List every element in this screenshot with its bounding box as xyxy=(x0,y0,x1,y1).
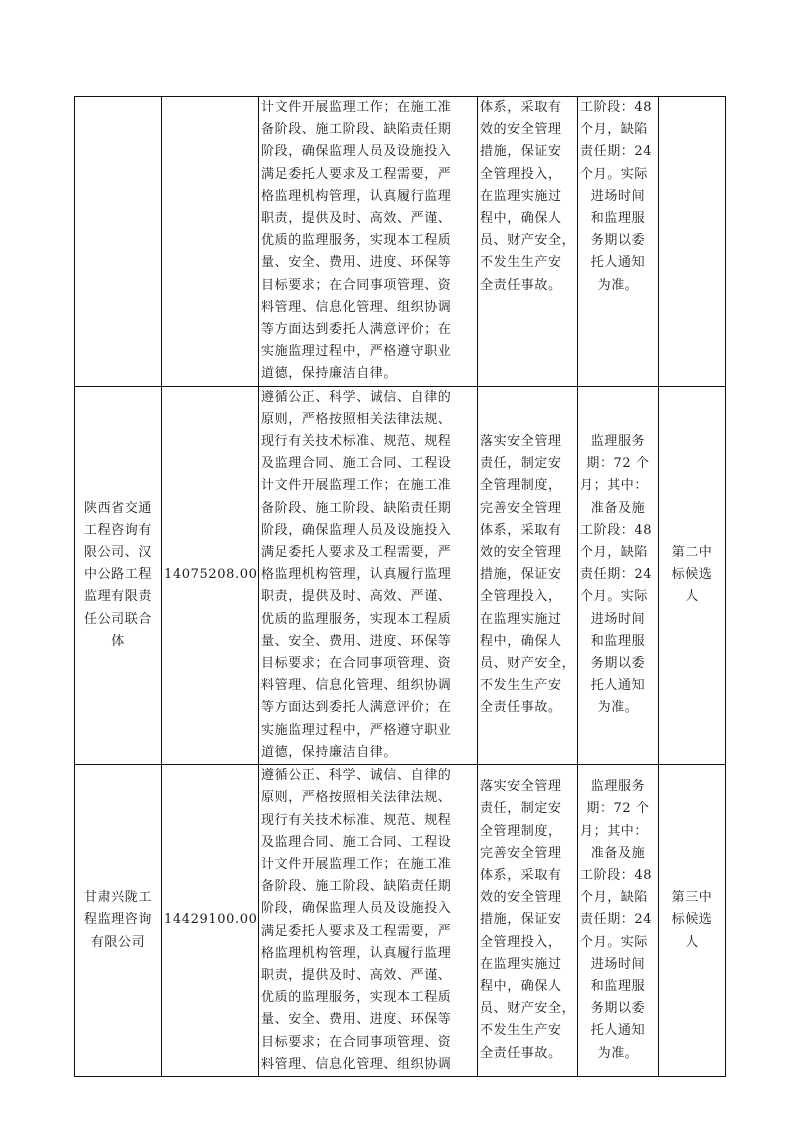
company-name-cell: 甘肃兴陇工 程监理咨询 有限公司 xyxy=(75,765,162,1077)
safety-commitment-cell: 落实安全管理 责任，制定安 全管理制度， 完善安全管理 体系，采取有 效的安全管… xyxy=(478,386,578,764)
text-line: 全管理制度， xyxy=(480,475,575,497)
text-line: 全管理制度， xyxy=(480,821,575,843)
table-row: 计文件开展监理工作；在施工准 备阶段、施工阶段、缺陷责任期 阶段，确保监理人员及… xyxy=(75,97,726,387)
text-line: 工阶段：48 xyxy=(580,97,656,119)
text-line: 监理服务 xyxy=(580,431,656,453)
text-line: 在监理实施过 xyxy=(480,609,575,631)
text-line: 准备及施 xyxy=(580,498,656,520)
text-line: 及监理合同、施工合同、工程设 xyxy=(261,832,475,854)
text-line: 职责，提供及时、高效、严谨、 xyxy=(261,965,475,987)
text-line: 有限公司 xyxy=(77,932,159,954)
text-line: 个月，缺陷 xyxy=(580,887,656,909)
safety-commitment-cell: 体系，采取有 效的安全管理 措施，保证安 全管理投入， 在监理实施过 程中，确保… xyxy=(478,97,578,387)
text-line: 措施，保证安 xyxy=(480,909,575,931)
text-line: 为准。 xyxy=(580,697,656,719)
text-line: 体系，采取有 xyxy=(480,865,575,887)
text-line: 格监理机构管理，认真履行监理 xyxy=(261,564,475,586)
document-page: 计文件开展监理工作；在施工准 备阶段、施工阶段、缺陷责任期 阶段，确保监理人员及… xyxy=(0,0,793,1122)
text-line: 料管理、信息化管理、组织协调 xyxy=(261,1054,475,1076)
text-line: 阶段，确保监理人员及设施投入 xyxy=(261,898,475,920)
text-line: 托人通知 xyxy=(580,252,656,274)
text-line: 效的安全管理 xyxy=(480,887,575,909)
text-line: 职责，提供及时、高效、严谨、 xyxy=(261,586,475,608)
text-line: 员、财产安全， xyxy=(480,230,575,252)
text-line: 实施监理过程中，严格遵守职业 xyxy=(261,341,475,363)
text-line: 全管理投入， xyxy=(480,164,575,186)
text-line: 标候选 xyxy=(661,564,723,586)
text-line: 职责，提供及时、高效、严谨、 xyxy=(261,208,475,230)
text-line: 备阶段、施工阶段、缺陷责任期 xyxy=(261,498,475,520)
text-line: 个月。实际 xyxy=(580,164,656,186)
table-row: 陕西省交通 工程咨询有 限公司、汉 中公路工程 监理有限责 任公司联合 体 14… xyxy=(75,386,726,764)
company-name-cell xyxy=(75,97,162,387)
text-line: 体系，采取有 xyxy=(480,97,575,119)
text-line: 责任期：24 xyxy=(580,909,656,931)
text-line: 和监理服 xyxy=(580,631,656,653)
text-line: 月；其中： xyxy=(580,475,656,497)
text-line: 满足委托人要求及工程需要，严 xyxy=(261,921,475,943)
text-line: 阶段，确保监理人员及设施投入 xyxy=(261,141,475,163)
text-line: 员、财产安全， xyxy=(480,998,575,1020)
text-line: 备阶段、施工阶段、缺陷责任期 xyxy=(261,876,475,898)
text-line: 程监理咨询 xyxy=(77,909,159,931)
text-line: 月；其中： xyxy=(580,821,656,843)
text-line: 现行有关技术标准、规范、规程 xyxy=(261,431,475,453)
text-line: 等方面达到委托人满意评价；在 xyxy=(261,697,475,719)
text-line: 工阶段：48 xyxy=(580,520,656,542)
text-line: 和监理服 xyxy=(580,976,656,998)
text-line: 期：72 个 xyxy=(580,453,656,475)
text-line: 任公司联合 xyxy=(77,609,159,631)
text-line: 程中，确保人 xyxy=(480,631,575,653)
text-line: 道德，保持廉洁自律。 xyxy=(261,363,475,385)
service-period-cell: 监理服务 期：72 个 月；其中： 准备及施 工阶段：48 个月，缺陷 责任期：… xyxy=(578,386,659,764)
text-line: 料管理、信息化管理、组织协调 xyxy=(261,297,475,319)
text-line: 进场时间 xyxy=(580,954,656,976)
text-line: 责任，制定安 xyxy=(480,453,575,475)
text-line: 阶段，确保监理人员及设施投入 xyxy=(261,520,475,542)
text-line: 为准。 xyxy=(580,275,656,297)
text-line: 完善安全管理 xyxy=(480,843,575,865)
candidate-rank-cell: 第二中 标候选 人 xyxy=(659,386,726,764)
text-line: 量、安全、费用、进度、环保等 xyxy=(261,252,475,274)
text-line: 限公司、汉 xyxy=(77,542,159,564)
text-line: 个月。实际 xyxy=(580,586,656,608)
text-line: 个月。实际 xyxy=(580,932,656,954)
text-line: 托人通知 xyxy=(580,675,656,697)
text-line: 等方面达到委托人满意评价；在 xyxy=(261,319,475,341)
text-line: 不发生生产安 xyxy=(480,1020,575,1042)
text-line: 全责任事故。 xyxy=(480,697,575,719)
text-line: 第二中 xyxy=(661,542,723,564)
text-line: 监理服务 xyxy=(580,776,656,798)
text-line: 在监理实施过 xyxy=(480,954,575,976)
text-line: 落实安全管理 xyxy=(480,431,575,453)
text-line: 原则，严格按照相关法律法规、 xyxy=(261,787,475,809)
text-line: 个月，缺陷 xyxy=(580,542,656,564)
text-line: 甘肃兴陇工 xyxy=(77,887,159,909)
text-line: 效的安全管理 xyxy=(480,542,575,564)
text-line: 监理有限责 xyxy=(77,586,159,608)
text-line: 格监理机构管理，认真履行监理 xyxy=(261,186,475,208)
text-line: 程中，确保人 xyxy=(480,208,575,230)
text-line: 工程咨询有 xyxy=(77,520,159,542)
text-line: 措施，保证安 xyxy=(480,141,575,163)
text-line: 计文件开展监理工作；在施工准 xyxy=(261,854,475,876)
service-period-cell: 工阶段：48 个月，缺陷 责任期：24 个月。实际 进场时间 和监理服 务期以委… xyxy=(578,97,659,387)
text-line: 为准。 xyxy=(580,1043,656,1065)
text-line: 体系，采取有 xyxy=(480,520,575,542)
text-line: 务期以委 xyxy=(580,653,656,675)
text-line: 目标要求；在合同事项管理、资 xyxy=(261,653,475,675)
text-line: 备阶段、施工阶段、缺陷责任期 xyxy=(261,119,475,141)
company-name-cell: 陕西省交通 工程咨询有 限公司、汉 中公路工程 监理有限责 任公司联合 体 xyxy=(75,386,162,764)
text-line: 进场时间 xyxy=(580,186,656,208)
text-line: 目标要求；在合同事项管理、资 xyxy=(261,275,475,297)
text-line: 计文件开展监理工作；在施工准 xyxy=(261,475,475,497)
text-line: 原则，严格按照相关法律法规、 xyxy=(261,409,475,431)
text-line: 进场时间 xyxy=(580,609,656,631)
text-line: 程中，确保人 xyxy=(480,976,575,998)
text-line: 责任期：24 xyxy=(580,141,656,163)
text-line: 实施监理过程中，严格遵守职业 xyxy=(261,720,475,742)
text-line: 料管理、信息化管理、组织协调 xyxy=(261,675,475,697)
text-line: 计文件开展监理工作；在施工准 xyxy=(261,97,475,119)
text-line: 优质的监理服务，实现本工程质 xyxy=(261,230,475,252)
text-line: 务期以委 xyxy=(580,998,656,1020)
text-line: 第三中 xyxy=(661,887,723,909)
text-line: 全管理投入， xyxy=(480,586,575,608)
text-line: 遵循公正、科学、诚信、自律的 xyxy=(261,387,475,409)
text-line: 准备及施 xyxy=(580,843,656,865)
text-line: 中公路工程 xyxy=(77,564,159,586)
candidate-rank-cell xyxy=(659,97,726,387)
text-line: 落实安全管理 xyxy=(480,776,575,798)
text-line: 和监理服 xyxy=(580,208,656,230)
text-line: 量、安全、费用、进度、环保等 xyxy=(261,1009,475,1031)
text-line: 全管理投入， xyxy=(480,932,575,954)
text-line: 量、安全、费用、进度、环保等 xyxy=(261,631,475,653)
text-line: 完善安全管理 xyxy=(480,498,575,520)
text-line: 体 xyxy=(77,631,159,653)
text-line: 不发生生产安 xyxy=(480,252,575,274)
table-row: 甘肃兴陇工 程监理咨询 有限公司 14429100.00 遵循公正、科学、诚信、… xyxy=(75,765,726,1077)
supervision-commitment-cell: 计文件开展监理工作；在施工准 备阶段、施工阶段、缺陷责任期 阶段，确保监理人员及… xyxy=(259,97,478,387)
text-line: 人 xyxy=(661,932,723,954)
text-line: 遵循公正、科学、诚信、自律的 xyxy=(261,765,475,787)
text-line: 工阶段：48 xyxy=(580,865,656,887)
text-line: 现行有关技术标准、规范、规程 xyxy=(261,810,475,832)
bid-amount-cell: 14075208.00 xyxy=(162,386,259,764)
text-line: 道德，保持廉洁自律。 xyxy=(261,742,475,764)
safety-commitment-cell: 落实安全管理 责任，制定安 全管理制度， 完善安全管理 体系，采取有 效的安全管… xyxy=(478,765,578,1077)
text-line: 在监理实施过 xyxy=(480,186,575,208)
text-line: 及监理合同、施工合同、工程设 xyxy=(261,453,475,475)
text-line: 托人通知 xyxy=(580,1020,656,1042)
text-line: 满足委托人要求及工程需要，严 xyxy=(261,542,475,564)
text-line: 全责任事故。 xyxy=(480,275,575,297)
service-period-cell: 监理服务 期：72 个 月；其中： 准备及施 工阶段：48 个月，缺陷 责任期：… xyxy=(578,765,659,1077)
supervision-commitment-cell: 遵循公正、科学、诚信、自律的 原则，严格按照相关法律法规、 现行有关技术标准、规… xyxy=(259,765,478,1077)
bid-amount-cell: 14429100.00 xyxy=(162,765,259,1077)
bid-amount-cell xyxy=(162,97,259,387)
text-line: 务期以委 xyxy=(580,230,656,252)
text-line: 陕西省交通 xyxy=(77,498,159,520)
text-line: 优质的监理服务，实现本工程质 xyxy=(261,609,475,631)
candidate-rank-cell: 第三中 标候选 人 xyxy=(659,765,726,1077)
text-line: 满足委托人要求及工程需要，严 xyxy=(261,164,475,186)
text-line: 目标要求；在合同事项管理、资 xyxy=(261,1032,475,1054)
text-line: 标候选 xyxy=(661,909,723,931)
text-line: 责任，制定安 xyxy=(480,798,575,820)
text-line: 效的安全管理 xyxy=(480,119,575,141)
text-line: 员、财产安全， xyxy=(480,653,575,675)
bid-candidates-table: 计文件开展监理工作；在施工准 备阶段、施工阶段、缺陷责任期 阶段，确保监理人员及… xyxy=(74,96,726,1077)
text-line: 期：72 个 xyxy=(580,798,656,820)
text-line: 人 xyxy=(661,586,723,608)
text-line: 责任期：24 xyxy=(580,564,656,586)
text-line: 优质的监理服务，实现本工程质 xyxy=(261,987,475,1009)
text-line: 不发生生产安 xyxy=(480,675,575,697)
text-line: 全责任事故。 xyxy=(480,1043,575,1065)
text-line: 措施，保证安 xyxy=(480,564,575,586)
supervision-commitment-cell: 遵循公正、科学、诚信、自律的 原则，严格按照相关法律法规、 现行有关技术标准、规… xyxy=(259,386,478,764)
text-line: 个月，缺陷 xyxy=(580,119,656,141)
text-line: 格监理机构管理，认真履行监理 xyxy=(261,943,475,965)
